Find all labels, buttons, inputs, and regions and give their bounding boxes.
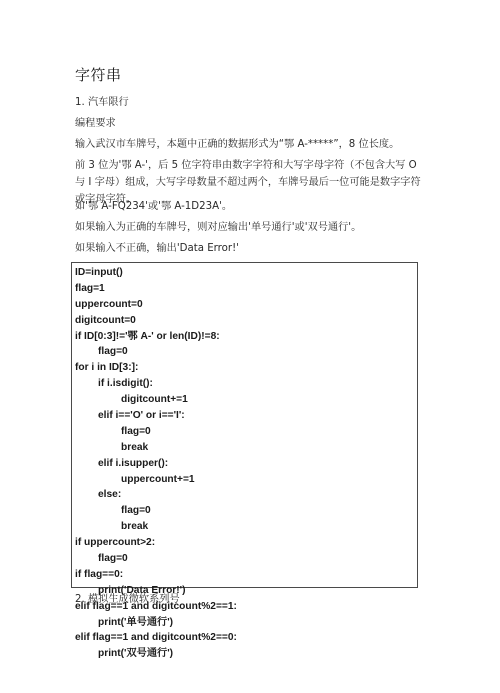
code-line: digitcount=0 [75, 313, 417, 329]
code-line: print('双号通行') [75, 646, 417, 662]
code-line: if i.isdigit(): [75, 376, 417, 392]
code-line: for i in ID[3:]: [75, 360, 417, 376]
code-line: flag=0 [75, 503, 417, 519]
code-line: break [75, 440, 417, 456]
paragraph-correct-output: 如果输入为正确的车牌号，则对应输出'单号通行'或'双号通行'。 [75, 219, 361, 236]
code-line: if flag==0: [75, 567, 417, 583]
subheading-requirements: 编程要求 [75, 115, 116, 132]
code-line: digitcount+=1 [75, 392, 417, 408]
code-line: if uppercount>2: [75, 535, 417, 551]
section-heading-1: 1. 汽车限行 [75, 94, 129, 111]
paragraph-examples: 如'鄂 A-FQ234'或'鄂 A-1D23A'。 [75, 198, 232, 215]
code-block: ID=input() flag=1 uppercount=0 digitcoun… [71, 262, 418, 588]
code-line: else: [75, 487, 417, 503]
code-line: flag=0 [75, 551, 417, 567]
code-line: uppercount=0 [75, 297, 417, 313]
page-title: 字符串 [75, 64, 122, 85]
paragraph-error-output: 如果输入不正确，输出'Data Error!' [75, 240, 239, 257]
code-line: uppercount+=1 [75, 472, 417, 488]
code-line: ID=input() [75, 265, 417, 281]
code-line: elif flag==1 and digitcount%2==0: [75, 630, 417, 646]
code-line: flag=1 [75, 281, 417, 297]
code-line: if ID[0:3]!='鄂 A-' or len(ID)!=8: [75, 329, 417, 345]
code-line: break [75, 519, 417, 535]
code-line: elif i.isupper(): [75, 456, 417, 472]
document-page: 字符串 1. 汽车限行 编程要求 输入武汉市车牌号，本题中正确的数据形式为“鄂 … [0, 0, 500, 693]
code-line: elif i=='O' or i=='I': [75, 408, 417, 424]
code-line: print('单号通行') [75, 615, 417, 631]
code-line: flag=0 [75, 344, 417, 360]
paragraph-format: 输入武汉市车牌号，本题中正确的数据形式为“鄂 A-*****”，8 位长度。 [75, 136, 399, 153]
section-heading-2: 2. 模拟生成微软系列号 [75, 591, 180, 608]
code-line: flag=0 [75, 424, 417, 440]
